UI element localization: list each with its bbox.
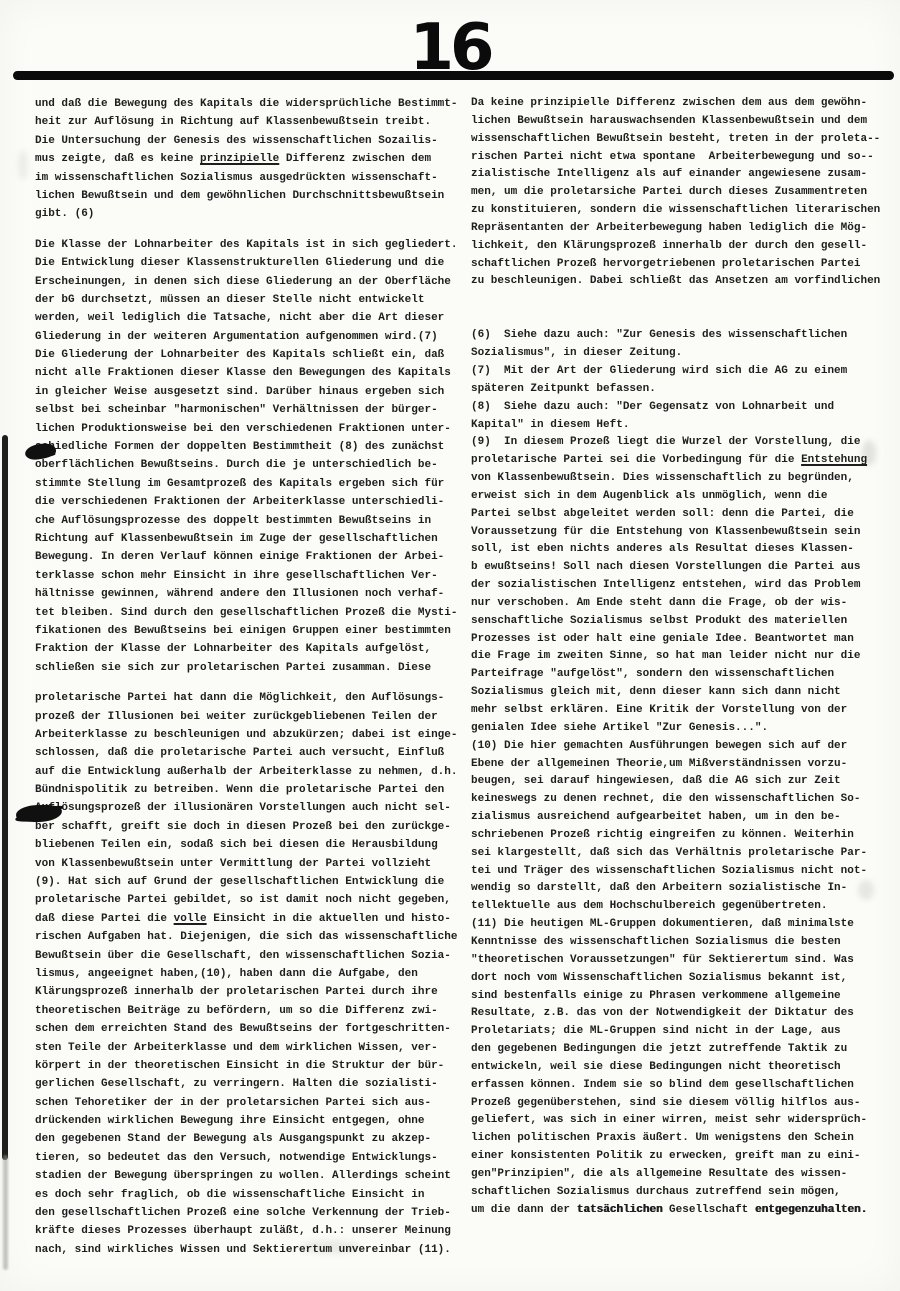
text-line: zialismus ausreichend aufgearbeitet habe… — [471, 809, 897, 827]
text-line: Bündnispolitik zu betreiben. Wenn die pr… — [35, 781, 465, 799]
text-line: proletarische Partei sei die Vorbedingun… — [471, 452, 897, 470]
text-line: erweist sich in dem Augenblick als unmög… — [471, 488, 897, 506]
text-line: tellektuelle aus dem Hochschulbereich ge… — [471, 898, 897, 916]
text-line: stadien der Bewegung überspringen zu wol… — [35, 1167, 465, 1185]
text-line: (8) Siehe dazu auch: "Der Gegensatz von … — [471, 399, 897, 417]
text-line: ber schafft, greift sie doch in diesen P… — [35, 818, 465, 836]
text-line: theoretischen Beiträge zu befördern, um … — [35, 1002, 465, 1020]
text-line: dort noch vom Wissenschaftlichen Soziali… — [471, 970, 897, 988]
text-line: "theoretischen Voraussetzungen" für Sekt… — [471, 952, 897, 970]
text-line: rischen Aufgaben hat. Diejenigen, die si… — [35, 928, 465, 946]
text-line: proletarische Partei hat dann die Möglic… — [35, 689, 465, 707]
text-line: b ewußtseins! Soll nach diesen Vorstellu… — [471, 559, 897, 577]
paragraph: Die Klasse der Lohnarbeiter des Kapitals… — [35, 236, 465, 677]
text-line: heit zur Auflösung in Richtung auf Klass… — [35, 113, 465, 131]
text-line: es doch sehr fraglich, ob die wissenscha… — [35, 1186, 465, 1204]
text-line: von Klassenbewußtsein unter Vermittlung … — [35, 855, 465, 873]
text-line: Repräsentanten der Arbeiterbewegung habe… — [471, 220, 897, 238]
text-line: nur verschoben. Am Ende steht dann die F… — [471, 595, 897, 613]
text-line: mehr selbst erklären. Eine Kritik der Vo… — [471, 702, 897, 720]
text-line: lichen politischen Praxis äußert. Um wen… — [471, 1130, 897, 1148]
text-line: Klärungsprozeß innerhalb der proletarisc… — [35, 983, 465, 1001]
paragraph: (11) Die heutigen ML-Gruppen dokumentier… — [471, 916, 897, 1219]
text-line: keineswegs zu denen rechnet, die den wis… — [471, 791, 897, 809]
text-line: Parteifrage "aufgelöst", sondern den wis… — [471, 666, 897, 684]
text-line: proletarische Partei gebildet, so ist da… — [35, 891, 465, 909]
right-column: Da keine prinzipielle Differenz zwischen… — [471, 95, 897, 1219]
text-line: (10) Die hier gemachten Ausführungen bew… — [471, 738, 897, 756]
text-line: von Klassenbewußtsein. Dies wissenschaft… — [471, 470, 897, 488]
text-line: soll, ist eben nichts anderes als Result… — [471, 541, 897, 559]
text-line: schaftlichen Prozeß hervorgetriebenen pr… — [471, 256, 897, 274]
text-line: schen Tehoretiker der in der proletarsic… — [35, 1094, 465, 1112]
text-line: tet bleiben. Sind durch den gesellschaft… — [35, 604, 465, 622]
text-line: Proletariats; die ML-Gruppen sind nicht … — [471, 1023, 897, 1041]
left-margin-rule — [2, 435, 8, 1160]
text-line: fikationen des Bewußtseins bei einigen G… — [35, 622, 465, 640]
footnotes-block: (6) Siehe dazu auch: "Zur Genesis des wi… — [471, 327, 897, 1219]
text-line: Da keine prinzipielle Differenz zwischen… — [471, 95, 897, 113]
text-line: lismus, angeeignet haben,(10), haben dan… — [35, 965, 465, 983]
text-line: gerlichen Gesellschaft, zu verringern. H… — [35, 1075, 465, 1093]
text-line: gibt. (6) — [35, 205, 465, 223]
text-line: (7) Mit der Art der Gliederung wird sich… — [471, 363, 897, 381]
left-column: und daß die Bewegung des Kapitals die wi… — [35, 95, 465, 1271]
text-line: sei klargestellt, daß sich das Verhältni… — [471, 845, 897, 863]
text-line: beugen, sei darauf hingewiesen, daß die … — [471, 773, 897, 791]
text-line: in gleicher Weise ausgesetzt sind. Darüb… — [35, 383, 465, 401]
text-line: lichen Produktionsweise bei den verschie… — [35, 420, 465, 438]
text-line: den gegebenen Stand der Bewegung als Aus… — [35, 1130, 465, 1148]
text-line: selbst bei scheinbar "harmonischen" Verh… — [35, 401, 465, 419]
text-line: auf die Entwicklung außerhalb der Arbeit… — [35, 763, 465, 781]
text-line: wendig so darstellt, daß den Arbeitern s… — [471, 880, 897, 898]
text-line: zu konstituieren, sondern die wissenscha… — [471, 202, 897, 220]
text-line: im wissenschaftlichen Sozialismus ausged… — [35, 169, 465, 187]
text-line: daß diese Partei die volle Einsicht in d… — [35, 910, 465, 928]
text-line: terklasse schon mehr Einsicht in ihre ge… — [35, 567, 465, 585]
text-line: schaftlichen Sozialismus durchaus zutref… — [471, 1184, 897, 1202]
text-line: und daß die Bewegung des Kapitals die wi… — [35, 95, 465, 113]
text-line: um die dann der tatsächlichen Gesellscha… — [471, 1202, 897, 1220]
text-line: den gesellschaftlichen Prozeß eine solch… — [35, 1204, 465, 1222]
page-number: 16 — [0, 16, 900, 80]
text-line: Richtung auf Klassenbewußtsein im Zuge d… — [35, 530, 465, 548]
text-line: sind bestenfalls einige zu Phrasen verko… — [471, 988, 897, 1006]
paragraph: proletarische Partei hat dann die Möglic… — [35, 689, 465, 1259]
scanned-page: 16 und daß die Bewegung des Kapitals die… — [0, 0, 900, 1291]
paragraph: (8) Siehe dazu auch: "Der Gegensatz von … — [471, 399, 897, 435]
text-line: Die Klasse der Lohnarbeiter des Kapitals… — [35, 236, 465, 254]
text-line: Die Gliederung der Lohnarbeiter des Kapi… — [35, 346, 465, 364]
paragraph: (9) In diesem Prozeß liegt die Wurzel de… — [471, 434, 897, 737]
paper-smudge — [18, 150, 28, 180]
text-line: Die Untersuchung der Genesis des wissens… — [35, 132, 465, 150]
paragraph: Da keine prinzipielle Differenz zwischen… — [471, 95, 897, 291]
text-line: (11) Die heutigen ML-Gruppen dokumentier… — [471, 916, 897, 934]
text-line: lichkeit, den Klärungsprozeß innerhalb d… — [471, 238, 897, 256]
text-line: gen"Prinzipien", die als allgemeine Resu… — [471, 1166, 897, 1184]
text-line: wissenschaftlichen Bewußtsein besteht, t… — [471, 131, 897, 149]
text-line: späteren Zeitpunkt befassen. — [471, 381, 897, 399]
text-line: sten Teile der Arbeiterklasse und dem wi… — [35, 1039, 465, 1057]
text-line: einer konsistenten Politik zu erwecken, … — [471, 1148, 897, 1166]
paragraph: (6) Siehe dazu auch: "Zur Genesis des wi… — [471, 327, 897, 363]
text-line: (9). Hat sich auf Grund der gesellschaft… — [35, 873, 465, 891]
left-margin-rule-fade — [3, 1155, 8, 1270]
text-line: oberflächlichen Bewußtseins. Durch die j… — [35, 456, 465, 474]
text-line: kräfte dieses Prozesses überhaupt zuläßt… — [35, 1222, 465, 1240]
text-line: tei und Träger des wissenschaftlichen So… — [471, 863, 897, 881]
text-line: Fraktion der Klasse der Lohnarbeiter des… — [35, 640, 465, 658]
paragraph: und daß die Bewegung des Kapitals die wi… — [35, 95, 465, 224]
text-line: zu beschleunigen. Dabei schließt das Ans… — [471, 273, 897, 291]
text-line: Sozialismus", in dieser Zeitung. — [471, 345, 897, 363]
text-line: men, um die proletarsiche Partei durch d… — [471, 184, 897, 202]
text-line: Sozialismus gleich mit, denn dieser kann… — [471, 684, 897, 702]
text-line: schließen sie sich zur proletarischen Pa… — [35, 659, 465, 677]
text-line: Die Entwicklung dieser Klassenstrukturel… — [35, 254, 465, 272]
text-line: Ebene der allgemeinen Theorie,um Mißvers… — [471, 756, 897, 774]
text-line: schen dem erreichten Stand des Bewußtsei… — [35, 1020, 465, 1038]
text-line: der sozialistischen Intelligenz entstehe… — [471, 577, 897, 595]
text-line: (9) In diesem Prozeß liegt die Wurzel de… — [471, 434, 897, 452]
text-line: die Frage im zweiten Sinne, so hat man l… — [471, 648, 897, 666]
text-line: nach, sind wirkliches Wissen und Sektier… — [35, 1241, 465, 1259]
text-line: körpert in der theoretischen Einsicht in… — [35, 1057, 465, 1075]
text-line: (6) Siehe dazu auch: "Zur Genesis des wi… — [471, 327, 897, 345]
paragraph: (10) Die hier gemachten Ausführungen bew… — [471, 738, 897, 916]
text-line: tieren, so bedeutet das den Versuch, not… — [35, 1149, 465, 1167]
text-line: Arbeiterklasse zu beschleunigen und abzu… — [35, 726, 465, 744]
text-line: prozeß der Illusionen bei weiter zurückg… — [35, 708, 465, 726]
text-line: lichen Bewußtsein und dem gewöhnlichen D… — [35, 187, 465, 205]
text-line: zialistische Intelligenz als auf einande… — [471, 166, 897, 184]
paragraph: (7) Mit der Art der Gliederung wird sich… — [471, 363, 897, 399]
text-line: Auflösungsprozeß der illusionären Vorste… — [35, 799, 465, 817]
text-line: erfassen können. Indem sie so blind dem … — [471, 1077, 897, 1095]
text-line: Erscheinungen, in denen sich diese Glied… — [35, 273, 465, 291]
text-line: genialen Idee siehe Artikel "Zur Genesis… — [471, 720, 897, 738]
text-line: che Auflösungsprozesse des doppelt besti… — [35, 512, 465, 530]
right-column-body: Da keine prinzipielle Differenz zwischen… — [471, 95, 897, 291]
text-line: Kapital" in diesem Heft. — [471, 417, 897, 435]
text-line: Gliederung in der weiteren Argumentation… — [35, 328, 465, 346]
text-line: nicht alle Fraktionen dieser Klasse den … — [35, 364, 465, 382]
text-line: schiedliche Formen der doppelten Bestimm… — [35, 438, 465, 456]
text-line: hältnisse gewinnen, während andere den I… — [35, 585, 465, 603]
text-line: Voraussetzung für die Entstehung von Kla… — [471, 524, 897, 542]
text-line: Bewußtsein über die Gesellschaft, den wi… — [35, 947, 465, 965]
text-line: Kenntnisse des wissenschaftlichen Sozial… — [471, 934, 897, 952]
text-line: schlossen, daß die proletarische Partei … — [35, 744, 465, 762]
text-line: entwickeln, weil sie diese Bedingungen n… — [471, 1059, 897, 1077]
text-line: Prozesses ist oder halt eine geniale Ide… — [471, 631, 897, 649]
text-line: rischen Partei nicht etwa spontane Arbei… — [471, 149, 897, 167]
text-line: geliefert, was sich in einer wirren, mei… — [471, 1112, 897, 1130]
text-line: mus zeigte, daß es keine prinzipielle Di… — [35, 150, 465, 168]
text-line: der bG durchsetzt, müssen an dieser Stel… — [35, 291, 465, 309]
text-line: schriebenen Prozeß richtig eingreifen zu… — [471, 827, 897, 845]
text-line: drückenden wirklichen Bewegung ihre Eins… — [35, 1112, 465, 1130]
text-line: werden, weil lediglich die Tatsache, nic… — [35, 309, 465, 327]
text-line: stimmte Stellung im Gesamtprozeß des Kap… — [35, 475, 465, 493]
text-line: senschaftliche Sozialismus selbst Produk… — [471, 613, 897, 631]
text-line: bliebenen Teilen ein, sodaß sich bei die… — [35, 836, 465, 854]
text-line: die verschiedenen Fraktionen der Arbeite… — [35, 493, 465, 511]
text-line: den gegebenen Bedingungen die jetzt zutr… — [471, 1041, 897, 1059]
text-line: Partei selbst abgeleitet werden soll: de… — [471, 506, 897, 524]
text-line: Prozeß gegenüberstehen, sind sie diesem … — [471, 1095, 897, 1113]
text-line: lichen Bewußtsein harauswachsenden Klass… — [471, 113, 897, 131]
text-line: Resultate, z.B. das von der Notwendigkei… — [471, 1005, 897, 1023]
text-line: Bewegung. In deren Verlauf können einige… — [35, 548, 465, 566]
